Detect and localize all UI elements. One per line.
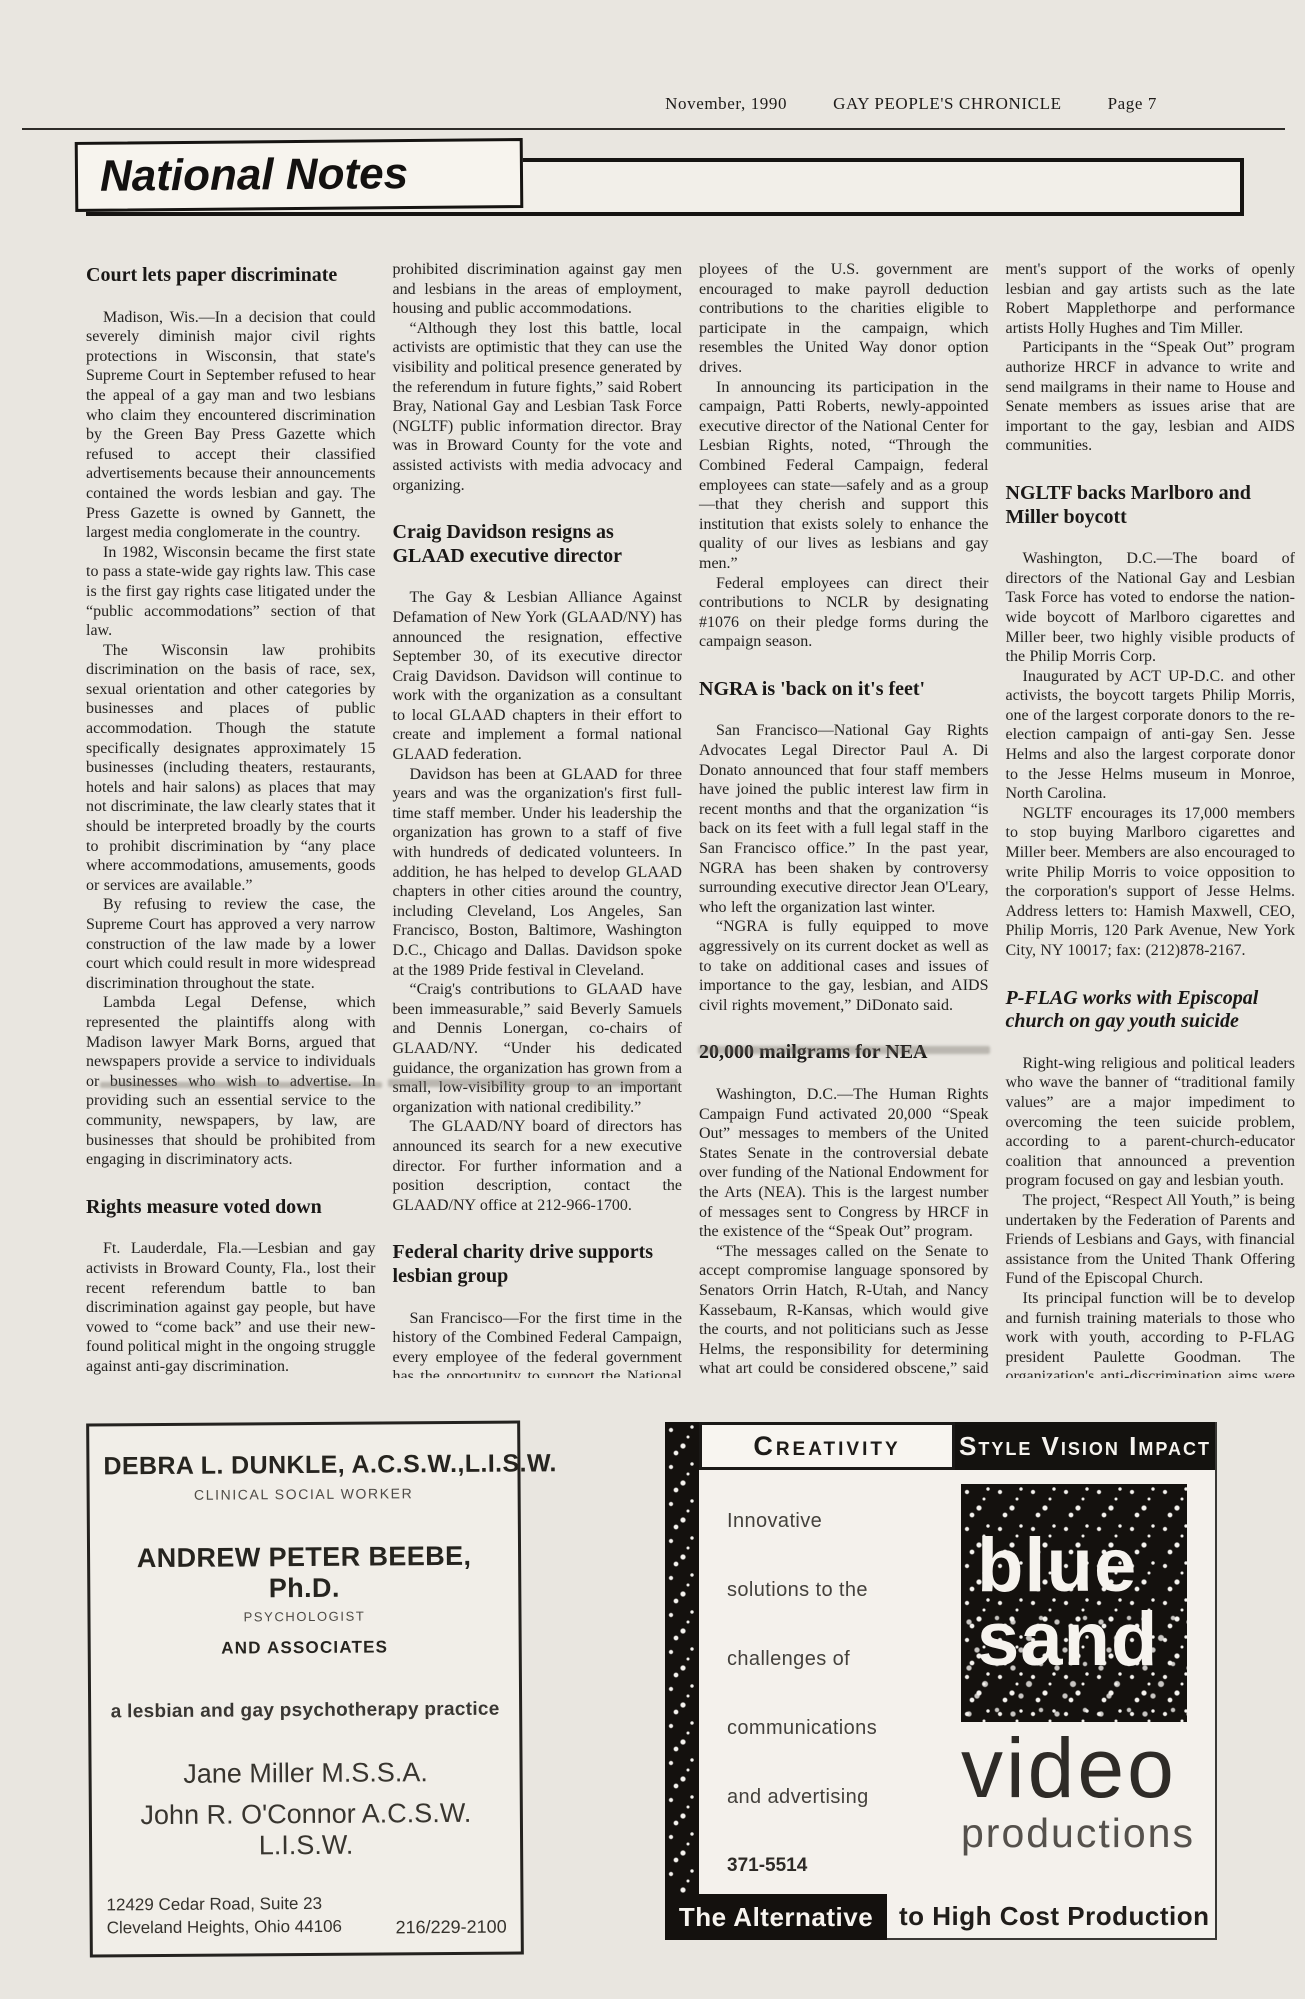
article-paragraph: Davidson has been at GLAAD for three yea… (393, 765, 683, 981)
scan-smudge (698, 1046, 990, 1054)
ad-tagline: a lesbian and gay psychotherapy practice (105, 1699, 505, 1724)
ad-copy-line: and advertising (727, 1786, 961, 1809)
article-heading: Craig Davidson resigns as GLAAD executiv… (393, 521, 683, 568)
speckle-strip (665, 1422, 699, 1894)
article-paragraph: ment's support of the works of openly le… (1006, 260, 1296, 338)
article-paragraph: Federal employees can direct their contr… (699, 574, 989, 652)
article-paragraph: Broward County voters on September 4 rej… (86, 1376, 376, 1378)
ad-copy-line: challenges of (727, 1648, 961, 1671)
article-paragraph: The Gay & Lesbian Alliance Against Defam… (393, 588, 683, 764)
advertisements: DEBRA L. DUNKLE, A.C.S.W.,L.I.S.W. CLINI… (88, 1422, 1305, 1956)
article-paragraph: ployees of the U.S. government are encou… (699, 260, 989, 378)
article-paragraph: Washington, D.C.—The Human Rights Campai… (699, 1085, 989, 1242)
article-column-4: ment's support of the works of openly le… (1006, 260, 1296, 1378)
speckle-overlay (961, 1612, 1187, 1722)
article-paragraph: In announcing its participation in the c… (699, 378, 989, 574)
ad-name-dunkle: DEBRA L. DUNKLE, A.C.S.W.,L.I.S.W. (103, 1450, 503, 1482)
section-banner: National Notes (86, 146, 1305, 224)
ad-and-associates: AND ASSOCIATES (105, 1637, 505, 1660)
article-paragraph: “NGRA is fully equipped to move aggressi… (699, 917, 989, 1015)
article-column-2: prohibited discrimination against gay me… (393, 260, 683, 1378)
article-paragraph: prohibited discrimination against gay me… (393, 260, 683, 319)
article-paragraph: By refusing to review the case, the Supr… (86, 895, 376, 993)
article-paragraph: The GLAAD/NY board of directors has anno… (393, 1117, 683, 1215)
ad-phone-number: 371-5514 (727, 1855, 961, 1877)
section-title: National Notes (100, 149, 408, 202)
ad-logo-column: blue sand video productions (961, 1484, 1199, 1877)
ad-header-row: Creativity Style Vision Impact (665, 1422, 1215, 1470)
ad-body: Innovative solutions to the challenges o… (665, 1470, 1215, 1877)
article-heading: Federal charity drive supports lesbian g… (393, 1241, 683, 1288)
newspaper-page: { "masthead": { "date": "November, 1990"… (0, 0, 1305, 1999)
article-paragraph: Washington, D.C.—The board of directors … (1006, 549, 1296, 667)
ad-address-line1: 12429 Cedar Road, Suite 23 (106, 1893, 341, 1918)
article-paragraph: Ft. Lauderdale, Fla.—Lesbian and gay act… (86, 1239, 376, 1376)
article-paragraph: Its principal function will be to develo… (1006, 1289, 1296, 1378)
article-paragraph: “Craig's contributions to GLAAD have bee… (393, 980, 683, 1117)
blue-sand-logo: blue sand (961, 1484, 1187, 1722)
ad-therapy-practice: DEBRA L. DUNKLE, A.C.S.W.,L.I.S.W. CLINI… (86, 1420, 524, 1957)
ad-title-psychologist: PSYCHOLOGIST (104, 1608, 504, 1626)
ad-name-miller: Jane Miller M.S.S.A. (105, 1757, 505, 1791)
ad-address-row: 12429 Cedar Road, Suite 23 Cleveland Hei… (106, 1892, 506, 1941)
ad-address: 12429 Cedar Road, Suite 23 Cleveland Hei… (106, 1893, 342, 1941)
article-heading: NGLTF backs Marlboro and Miller boycott (1006, 482, 1296, 529)
article-paragraph: Inaugurated by ACT UP-D.C. and other act… (1006, 667, 1296, 804)
article-paragraph: The Wisconsin law prohibits discriminati… (86, 641, 376, 896)
footer-high-cost-label: to High Cost Production (887, 1894, 1215, 1940)
ad-copy-line: communications (727, 1717, 961, 1740)
article-column-3: ployees of the U.S. government are encou… (699, 260, 989, 1378)
article-paragraph: In 1982, Wisconsin became the first stat… (86, 543, 376, 641)
ad-title-social-worker: CLINICAL SOCIAL WORKER (104, 1485, 504, 1504)
article-paragraph: San Francisco—National Gay Rights Advoca… (699, 721, 989, 917)
header-rule (22, 128, 1285, 130)
scan-smudge (388, 1079, 678, 1087)
ad-copy-line: solutions to the (727, 1579, 961, 1602)
article-paragraph: San Francisco—For the first time in the … (393, 1309, 683, 1379)
logo-word-video: video (961, 1726, 1199, 1810)
article-paragraph: Participants in the “Speak Out” program … (1006, 338, 1296, 456)
article-paragraph: “The messages called on the Senate to ac… (699, 1242, 989, 1378)
masthead-date: November, 1990 (665, 94, 787, 114)
banner-label: National Notes (75, 138, 524, 212)
logo-word-blue: blue (977, 1529, 1187, 1603)
ad-name-beebe: ANDREW PETER BEEBE, Ph.D. (104, 1541, 504, 1606)
article-paragraph: NGLTF encourages its 17,000 members to s… (1006, 804, 1296, 961)
ad-name-oconnor: John R. O'Connor A.C.S.W. L.I.S.W. (106, 1798, 506, 1863)
article-heading: Rights measure voted down (86, 1196, 376, 1220)
ad-copy-lines: Innovative solutions to the challenges o… (727, 1484, 961, 1877)
article-heading: NGRA is 'back on it's feet' (699, 678, 989, 702)
article-column-1: Court lets paper discriminateMadison, Wi… (86, 260, 376, 1378)
article-heading: Court lets paper discriminate (86, 264, 376, 288)
ad-blue-sand-video: Creativity Style Vision Impact Innovativ… (665, 1422, 1217, 1940)
ad-address-line2: Cleveland Heights, Ohio 44106 (107, 1916, 342, 1941)
ad-footer-bar: The Alternative to High Cost Production (665, 1894, 1215, 1940)
article-paragraph: Madison, Wis.—In a decision that could s… (86, 308, 376, 543)
ad-phone-number: 216/229-2100 (395, 1916, 506, 1938)
article-paragraph: The project, “Respect All Youth,” is bei… (1006, 1191, 1296, 1289)
masthead-publication: GAY PEOPLE'S CHRONICLE (833, 94, 1061, 114)
article-heading: P-FLAG works with Episcopal church on ga… (1006, 987, 1296, 1034)
article-paragraph: “Although they lost this battle, local a… (393, 319, 683, 495)
masthead: November, 1990 GAY PEOPLE'S CHRONICLE Pa… (0, 0, 1305, 114)
article-columns: Court lets paper discriminateMadison, Wi… (86, 260, 1295, 1378)
ad-creativity-label: Creativity (699, 1422, 955, 1470)
scan-smudge (100, 1082, 382, 1088)
article-paragraph: Right-wing religious and political leade… (1006, 1054, 1296, 1191)
logo-word-productions: productions (961, 1810, 1199, 1857)
masthead-page-number: Page 7 (1108, 94, 1157, 114)
ad-copy-line: Innovative (727, 1510, 961, 1533)
ad-style-vision-impact-label: Style Vision Impact (955, 1422, 1215, 1470)
footer-alternative-label: The Alternative (665, 1894, 887, 1940)
